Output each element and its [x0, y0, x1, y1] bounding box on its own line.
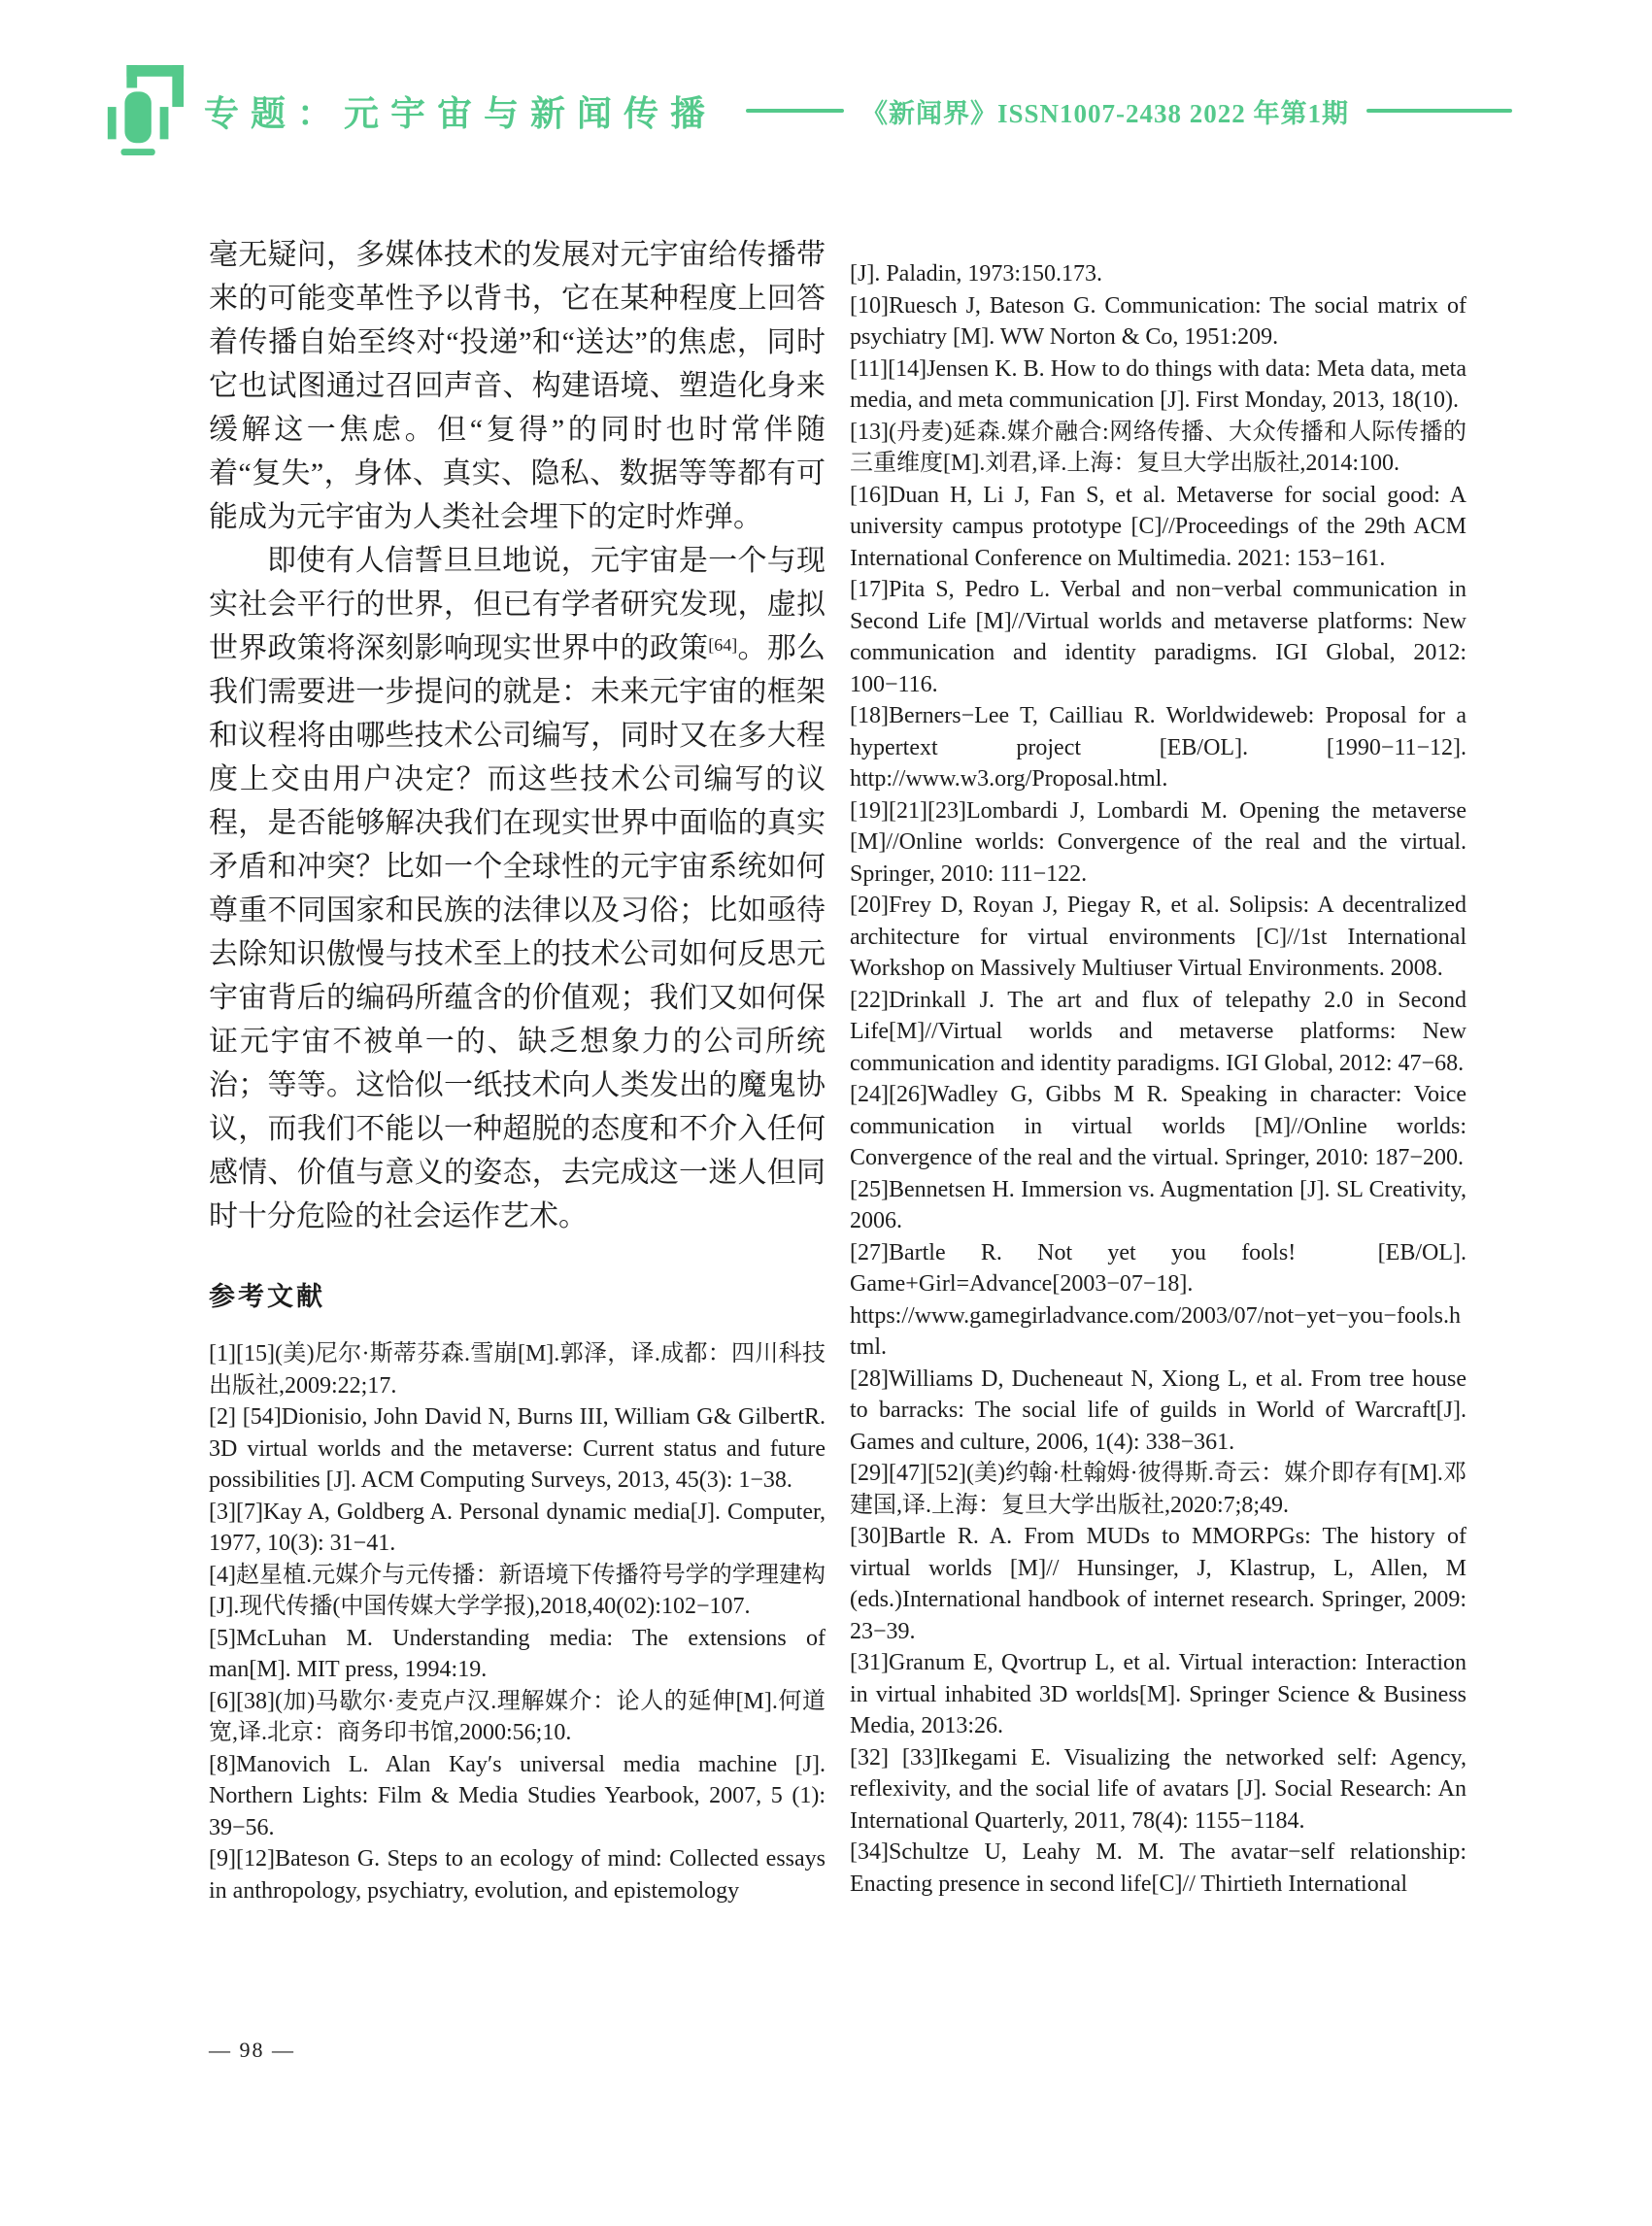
reference-item: [3][7]Kay A, Goldberg A. Personal dynami… — [209, 1497, 826, 1560]
microphone-icon — [100, 62, 187, 159]
reference-item: [6][38](加)马歇尔·麦克卢汉.理解媒介：论人的延伸[M].何道宽,译.北… — [209, 1686, 826, 1749]
reference-item: [29][47][52](美)约翰·杜翰姆·彼得斯.奇云：媒介即存有[M].邓建… — [850, 1458, 1467, 1521]
reference-item: [32] [33]Ikegami E. Visualizing the netw… — [850, 1742, 1467, 1838]
reference-item: [11][14]Jensen K. B. How to do things wi… — [850, 354, 1467, 417]
reference-item: [4]赵星植.元媒介与元传播：新语境下传播符号学的学理建构[J].现代传播(中国… — [209, 1560, 826, 1623]
reference-item: [5]McLuhan M. Understanding media: The e… — [209, 1623, 826, 1686]
page-header: 专题：元宇宙与新闻传播 《新闻界》ISSN1007-2438 2022 年第1期 — [0, 0, 1652, 185]
reference-item: [9][12]Bateson G. Steps to an ecology of… — [209, 1843, 826, 1906]
journal-page: 专题：元宇宙与新闻传播 《新闻界》ISSN1007-2438 2022 年第1期… — [0, 0, 1652, 2226]
references-list-right: [J]. Paladin, 1973:150.173.[10]Ruesch J,… — [850, 258, 1467, 1900]
reference-item: [22]Drinkall J. The art and flux of tele… — [850, 985, 1467, 1080]
body-paragraph-1: 毫无疑问，多媒体技术的发展对元宇宙给传播带来的可能变革性予以背书，它在某种程度上… — [209, 233, 826, 539]
citation-superscript: [64] — [708, 635, 737, 655]
right-column: [J]. Paladin, 1973:150.173.[10]Ruesch J,… — [850, 233, 1467, 1906]
reference-item: [8]Manovich L. Alan Kay′s universal medi… — [209, 1749, 826, 1844]
reference-item: [17]Pita S, Pedro L. Verbal and non−verb… — [850, 574, 1467, 700]
body-paragraph-2: 即使有人信誓旦旦地说，元宇宙是一个与现实社会平行的世界，但已有学者研究发现，虚拟… — [209, 539, 826, 1238]
header-rule-right — [1366, 109, 1512, 113]
reference-item: [J]. Paladin, 1973:150.173. — [850, 258, 1467, 290]
page-footer: — 98 — — [209, 2038, 295, 2063]
reference-item: [16]Duan H, Li J, Fan S, et al. Metavers… — [850, 480, 1467, 575]
reference-item: [20]Frey D, Royan J, Piegay R, et al. So… — [850, 890, 1467, 985]
journal-info: 《新闻界》ISSN1007-2438 2022 年第1期 — [861, 92, 1349, 130]
reference-item: [1][15](美)尼尔·斯蒂芬森.雪崩[M].郭泽，译.成都：四川科技出版社,… — [209, 1338, 826, 1401]
left-column: 毫无疑问，多媒体技术的发展对元宇宙给传播带来的可能变革性予以背书，它在某种程度上… — [209, 233, 826, 1906]
reference-item: [18]Berners−Lee T, Cailliau R. Worldwide… — [850, 700, 1467, 795]
header-rule-left — [746, 109, 844, 113]
reference-item: [19][21][23]Lombardi J, Lombardi M. Open… — [850, 795, 1467, 891]
reference-item: [24][26]Wadley G, Gibbs M R. Speaking in… — [850, 1079, 1467, 1174]
reference-item: [30]Bartle R. A. From MUDs to MMORPGs: T… — [850, 1521, 1467, 1647]
paragraph-2-text-cont: 。那么我们需要进一步提问的就是：未来元宇宙的框架和议程将由哪些技术公司编写，同时… — [209, 632, 826, 1232]
reference-item: [10]Ruesch J, Bateson G. Communication: … — [850, 290, 1467, 354]
header-row: 专题：元宇宙与新闻传播 《新闻界》ISSN1007-2438 2022 年第1期 — [204, 85, 1512, 136]
topic-label: 专题：元宇宙与新闻传播 — [204, 86, 717, 136]
reference-item: [27]Bartle R. Not yet you fools! [EB/OL]… — [850, 1237, 1467, 1364]
reference-item: [31]Granum E, Qvortrup L, et al. Virtual… — [850, 1647, 1467, 1742]
references-list-left: [1][15](美)尼尔·斯蒂芬森.雪崩[M].郭泽，译.成都：四川科技出版社,… — [209, 1338, 826, 1906]
references-heading: 参考文献 — [209, 1275, 826, 1313]
reference-item: [28]Williams D, Ducheneaut N, Xiong L, e… — [850, 1364, 1467, 1459]
two-column-body: 毫无疑问，多媒体技术的发展对元宇宙给传播带来的可能变革性予以背书，它在某种程度上… — [209, 233, 1467, 1906]
reference-item: [34]Schultze U, Leahy M. M. The avatar−s… — [850, 1837, 1467, 1900]
reference-item: [13](丹麦)延森.媒介融合:网络传播、大众传播和人际传播的三重维度[M].刘… — [850, 417, 1467, 480]
reference-item: [2] [54]Dionisio, John David N, Burns II… — [209, 1401, 826, 1497]
reference-item: [25]Bennetsen H. Immersion vs. Augmentat… — [850, 1174, 1467, 1237]
page-number: — 98 — — [209, 2038, 295, 2062]
